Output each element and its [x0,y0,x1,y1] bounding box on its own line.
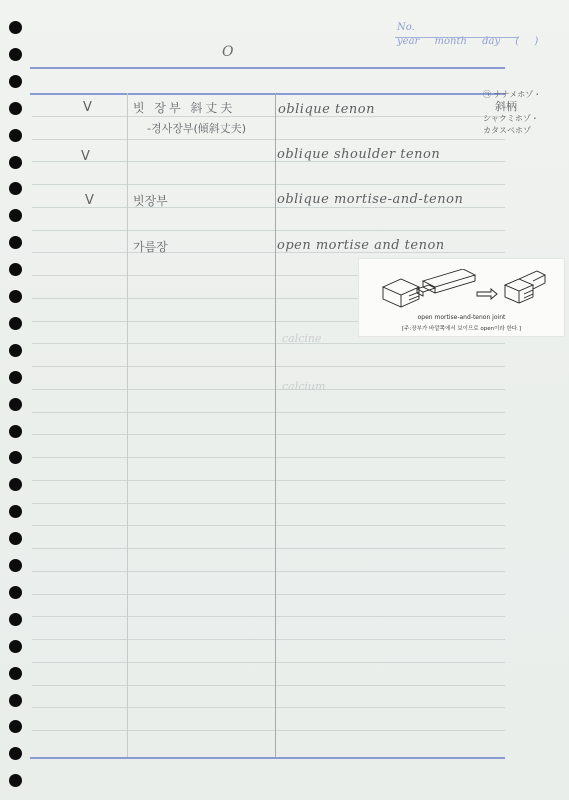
rule-line [32,480,505,481]
rule-line [32,343,505,344]
korean-term: 빗장부 [133,192,168,209]
faint-erased-text: calcine [282,332,322,345]
rule-line [32,434,505,435]
rule-line [32,503,505,504]
binder-hole [9,209,22,222]
rule-line [32,366,505,367]
blue-rule-line [30,67,505,69]
top-circle-mark: O [222,44,233,60]
english-term: oblique shoulder tenon [277,147,440,162]
blue-rule-line [30,93,505,95]
rule-line [32,707,505,708]
rule-line [32,116,505,117]
rule-line [32,639,505,640]
rule-line [32,139,505,140]
binder-hole [9,129,22,142]
check-mark: V [83,100,92,115]
binder-hole [9,263,22,276]
binder-hole [9,398,22,411]
rule-line [32,184,505,185]
margin-note-line: 斜柄 [483,101,541,113]
figure-note: [주:장부가 바깥쪽에서 보이므로 open이라 한다.] [359,324,564,332]
binder-hole [9,236,22,249]
paren-close: ) [534,36,538,47]
binder-hole [9,21,22,34]
binder-hole [9,371,22,384]
binder-hole [9,102,22,115]
binder-hole [9,586,22,599]
number-underline [395,37,519,38]
binder-hole [9,694,22,707]
faint-erased-text: calcium [282,380,325,393]
binder-hole [9,505,22,518]
binder-hole [9,478,22,491]
binder-hole [9,344,22,357]
rule-line [32,457,505,458]
rule-line [32,730,505,731]
rule-line [32,207,505,208]
binder-hole [9,156,22,169]
rule-line [32,662,505,663]
korean-term: 가름장 [133,238,168,255]
binder-hole [9,667,22,680]
mortise-tenon-diagram [381,269,546,314]
rule-line [32,230,505,231]
rule-line [32,412,505,413]
date-header: No. year month day ( ) [397,22,550,47]
rule-line [32,525,505,526]
right-arrow-icon [477,289,497,299]
number-label: No. [397,22,550,33]
margin-note: ㉠ ナナメホゾ・ 斜柄 シャクミホゾ・ カタスベホゾ [483,89,541,137]
binder-hole [9,75,22,88]
column-divider-left [127,93,128,757]
english-term: open mortise and tenon [277,238,445,253]
binder-hole [9,613,22,626]
figure-caption: open mortise-and-tenon joint [359,314,564,321]
rule-line [32,389,505,390]
rule-line [32,594,505,595]
margin-note-line: シャクミホゾ・ [483,113,541,125]
binder-hole [9,290,22,303]
rule-line [32,548,505,549]
binder-hole [9,559,22,572]
korean-term: 빗 장부 斜丈夫 [133,99,235,116]
margin-note-line: カタスベホゾ [483,125,541,137]
binder-hole [9,532,22,545]
notebook-page: No. year month day ( ) O V 빗 장부 斜丈夫 -경사장… [0,0,569,800]
binder-hole [9,747,22,760]
joint-figure-clipping: open mortise-and-tenon joint [주:장부가 바깥쪽에… [358,258,565,337]
check-mark: V [81,149,90,164]
binder-hole [9,774,22,787]
rule-line [32,616,505,617]
binder-hole [9,451,22,464]
binder-hole [9,182,22,195]
binder-hole [9,48,22,61]
binder-hole [9,317,22,330]
column-divider-pencil [275,93,276,757]
english-term: oblique mortise-and-tenon [277,192,463,207]
rule-line [32,571,505,572]
blue-rule-line [30,757,505,759]
binder-hole [9,640,22,653]
rule-line [32,685,505,686]
english-term: oblique tenon [278,102,375,117]
check-mark: V [85,193,94,208]
binder-hole [9,425,22,438]
binder-hole [9,720,22,733]
korean-subterm: -경사장부(傾斜丈夫) [147,120,246,136]
